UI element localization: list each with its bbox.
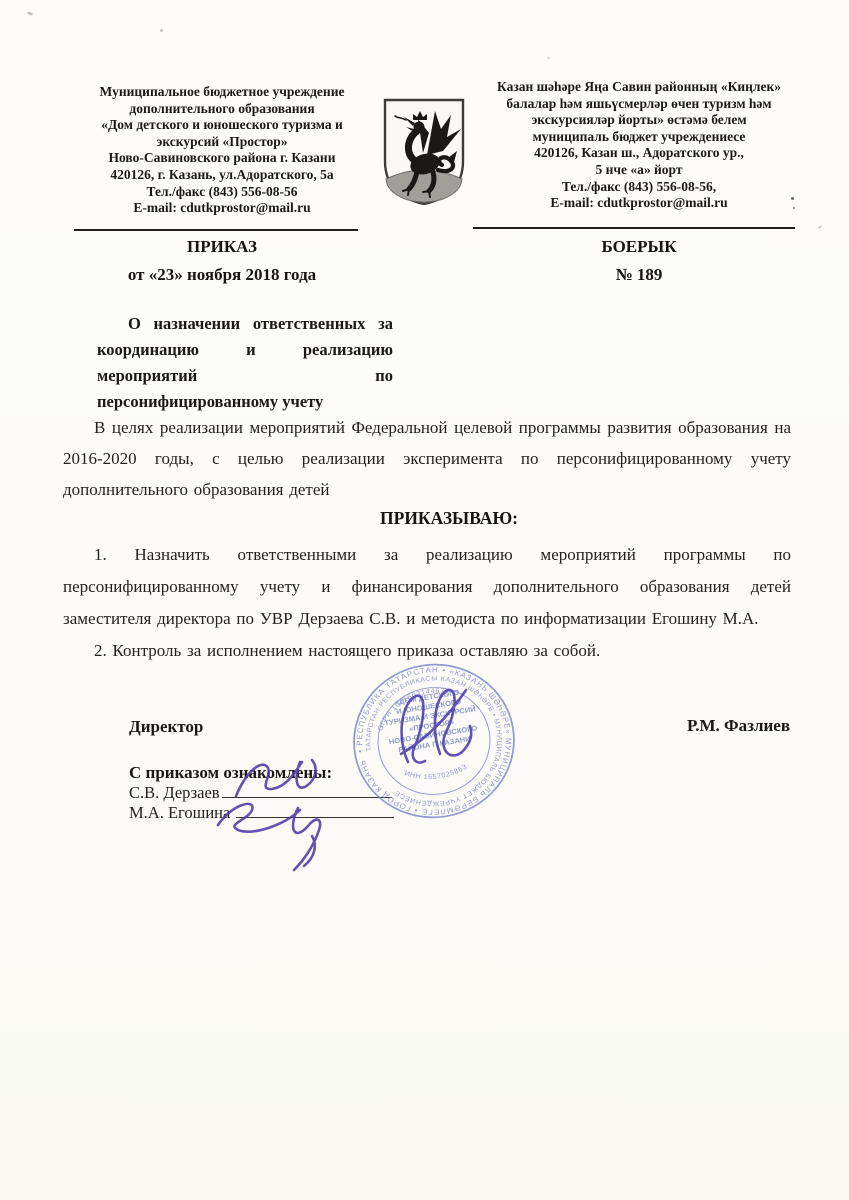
- org-line: E-mail: cdutkprostor@mail.ru: [476, 195, 802, 212]
- order-title-ru: ПРИКАЗ: [74, 237, 370, 257]
- order-subject: О назначении ответственных за координаци…: [97, 311, 393, 415]
- org-line: 5 нче «а» йорт: [476, 162, 802, 179]
- org-header-tatar: Казан шәһәре Яңа Савин районның «Киңлек»…: [476, 79, 802, 212]
- subject-line: О назначении ответственных за: [97, 311, 393, 337]
- order-title-tt: БОЕРЫК: [476, 237, 802, 257]
- org-line: 420126, Казан ш., Адоратского ур.,: [476, 145, 802, 162]
- scanned-order-document: Муниципальное бюджетное учреждение допол…: [0, 0, 849, 1200]
- order-number: № 189: [476, 265, 802, 285]
- scan-speck: [160, 29, 163, 32]
- subject-line: мероприятий по: [97, 363, 393, 389]
- order-date: от «23» ноября 2018 года: [74, 265, 370, 285]
- scan-speck: [547, 57, 550, 59]
- org-line: экскурсий «Простор»: [74, 134, 370, 151]
- header-divider-right: [473, 227, 795, 229]
- org-line: E-mail: cdutkprostor@mail.ru: [74, 200, 370, 217]
- org-line: «Дом детского и юношеского туризма и: [74, 117, 370, 134]
- org-line: Тел./факс (843) 556-08-56,: [476, 179, 802, 196]
- org-line: Казан шәһәре Яңа Савин районның «Киңлек»: [476, 79, 802, 96]
- scan-speck: [27, 11, 34, 16]
- org-line: дополнительного образования: [74, 101, 370, 118]
- subject-line: координацию и реализацию: [97, 337, 393, 363]
- handwritten-signatures: [200, 650, 540, 885]
- org-line: экскурсияләр йорты» өстәмә белем: [476, 112, 802, 129]
- director-label: Директор: [129, 717, 203, 737]
- director-signature: [401, 690, 471, 763]
- org-line: 420126, г. Казань, ул.Адоратского, 5а: [74, 167, 370, 184]
- org-line: балалар һәм яшьүсмерләр өчен туризм һәм: [476, 96, 802, 113]
- order-items: 1. Назначить ответственными за реализаци…: [63, 539, 791, 667]
- order-item: 1. Назначить ответственными за реализаци…: [63, 539, 791, 635]
- org-header-russian: Муниципальное бюджетное учреждение допол…: [74, 84, 370, 217]
- kazan-coat-of-arms-icon: [379, 95, 469, 207]
- order-preamble: В целях реализации мероприятий Федеральн…: [63, 412, 791, 505]
- egoshina-signature: [218, 804, 320, 870]
- mound: [386, 170, 462, 202]
- org-line: Ново-Савиновского района г. Казани: [74, 150, 370, 167]
- header-divider-left: [74, 229, 358, 231]
- scan-speck: [818, 225, 822, 229]
- org-line: Муниципальное бюджетное учреждение: [74, 84, 370, 101]
- derzaev-signature: [236, 760, 316, 796]
- org-line: муниципаль бюджет учреждениесе: [476, 129, 802, 146]
- director-name: Р.М. Фазлиев: [620, 716, 790, 736]
- resolution-heading: ПРИКАЗЫВАЮ:: [85, 508, 813, 529]
- org-line: Тел./факс (843) 556-08-56: [74, 184, 370, 201]
